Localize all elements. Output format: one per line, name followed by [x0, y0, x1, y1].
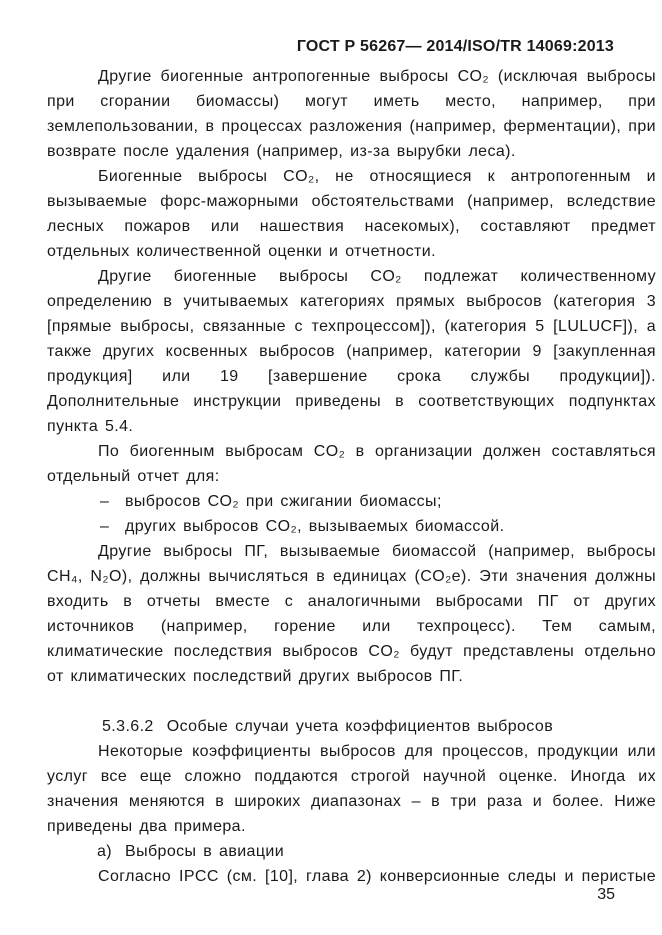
list-dash-icon: – [100, 514, 125, 539]
paragraph-force-majeure: Биогенные выбросы CO₂, не относящиеся к … [47, 164, 656, 264]
list-item-text: выбросов CO₂ при сжигании биомассы; [125, 493, 442, 510]
page-number: 35 [597, 882, 615, 907]
document-page: ГОСТ Р 56267— 2014/ISO/TR 14069:2013 Дру… [0, 0, 662, 935]
section-heading-number: 5.3.6.2 [102, 714, 154, 739]
paragraph-ipcc-aviation: Согласно IPCC (см. [10], глава 2) конвер… [47, 864, 656, 889]
list-item-text: других выбросов CO₂, вызываемых биомассо… [125, 518, 504, 535]
section-heading-title: Особые случаи учета коэффициентов выброс… [167, 718, 553, 735]
paragraph-biogenic-anthropogenic: Другие биогенные антропогенные выбросы C… [47, 64, 656, 164]
paragraph-separate-report-intro: По биогенным выбросам CO₂ в организации … [47, 439, 656, 489]
document-body: Другие биогенные антропогенные выбросы C… [47, 64, 656, 889]
list-dash-icon: – [100, 489, 125, 514]
paragraph-emission-factors: Некоторые коэффициенты выбросов для проц… [47, 739, 656, 839]
section-heading: 5.3.6.2Особые случаи учета коэффициентов… [47, 714, 656, 739]
list-item: –выбросов CO₂ при сжигании биомассы; [47, 489, 656, 514]
list-item: –других выбросов CO₂, вызываемых биомасс… [47, 514, 656, 539]
document-header: ГОСТ Р 56267— 2014/ISO/TR 14069:2013 [297, 38, 614, 56]
paragraph-other-ghg: Другие выбросы ПГ, вызываемые биомассой … [47, 539, 656, 689]
paragraph-other-biogenic: Другие биогенные выбросы CO₂ подлежат ко… [47, 264, 656, 439]
list-item-a-title: Выбросы в авиации [125, 843, 284, 860]
list-item-a-label: а) [97, 839, 125, 864]
list-item-a: а)Выбросы в авиации [47, 839, 656, 864]
